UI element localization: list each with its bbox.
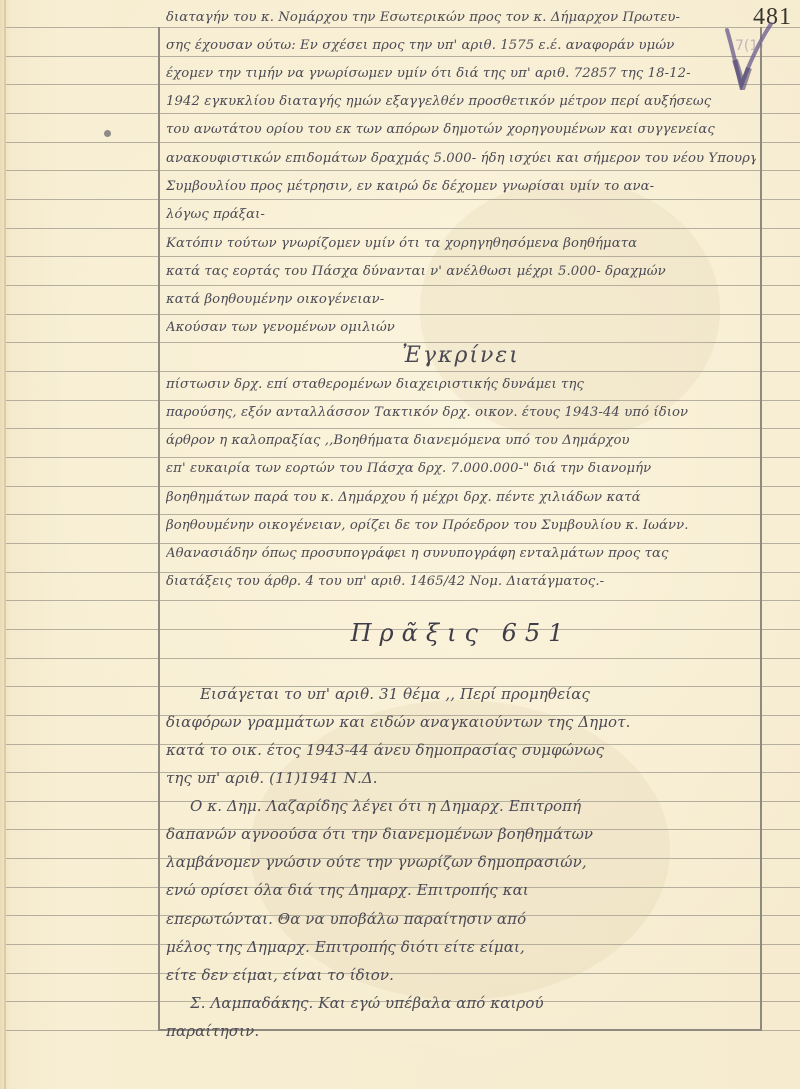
rule-line xyxy=(6,514,800,515)
register-page: 481 7(1) διαταγήν του κ. Νομάρχου την Εσ… xyxy=(0,0,800,1089)
text-line: κατά το οικ. έτος 1943-44 άνευ δημοπρασί… xyxy=(166,740,756,760)
act-heading: Πρᾶξις 651 xyxy=(166,619,756,647)
text-line: ανακουφιστικών επιδομάτων δραχμάς 5.000-… xyxy=(166,149,756,169)
text-line: διαφόρων γραμμάτων και ειδών αναγκαιούντ… xyxy=(166,712,756,732)
rule-line xyxy=(6,600,800,601)
text-line: διατάξεις του άρθρ. 4 του υπ' αριθ. 1465… xyxy=(166,572,756,592)
text-line: 1942 εγκυκλίου διαταγής ημών εξαγγελθέν … xyxy=(166,92,756,112)
text-line: Σ. Λαμπαδάκης. Και εγώ υπέβαλα από καιρο… xyxy=(190,993,780,1013)
binding-edge xyxy=(4,0,6,1089)
text-line: άρθρον η καλοπραξίας ,,Βοηθήματα διανεμό… xyxy=(166,431,756,451)
text-line: Κατόπιν τούτων γνωρίζομεν υμίν ότι τα χο… xyxy=(166,234,756,254)
text-line: επ' ευκαιρία των εορτών του Πάσχα δρχ. 7… xyxy=(166,459,756,479)
rule-line xyxy=(6,84,800,85)
act-heading-number: 651 xyxy=(502,619,572,647)
act-heading-word: Πρᾶξις xyxy=(351,619,486,647)
rule-line xyxy=(6,170,800,171)
rule-line xyxy=(6,113,800,114)
text-line: Εισάγεται το υπ' αριθ. 31 θέμα ,, Περί π… xyxy=(200,684,790,704)
rule-line xyxy=(6,142,800,143)
rule-line xyxy=(6,314,800,315)
approves-heading: Ἐγκρίνει xyxy=(166,343,756,368)
rule-line xyxy=(6,486,800,487)
text-line: Ο κ. Δημ. Λαζαρίδης λέγει ότι η Δημαρχ. … xyxy=(190,796,780,816)
text-line: Συμβουλίου προς μέτρησιν, εν καιρώ δε δέ… xyxy=(166,177,756,197)
rule-line xyxy=(6,428,800,429)
text-line: του ανωτάτου ορίου του εκ των απόρων δημ… xyxy=(166,120,756,140)
text-line: κατά βοηθουμένην οικογένειαν- xyxy=(166,290,756,310)
text-line: Αθανασιάδην όπως προσυπογράφει η συνυπογ… xyxy=(166,544,756,564)
text-line: κατά τας εορτάς του Πάσχα δύνανται ν' αν… xyxy=(166,262,756,282)
text-line: επερωτώνται. Θα να υποβάλω παραίτησιν απ… xyxy=(166,909,756,929)
text-line: μέλος της Δημαρχ. Επιτροπής διότι είτε ε… xyxy=(166,937,756,957)
rule-line xyxy=(6,56,800,57)
text-line: είτε δεν είμαι, είναι το ίδιον. xyxy=(166,965,756,985)
text-line: της υπ' αριθ. (11)1941 Ν.Δ. xyxy=(166,768,756,788)
rule-line xyxy=(6,400,800,401)
rule-line xyxy=(6,199,800,200)
text-line: διαταγήν του κ. Νομάρχου την Εσωτερικών … xyxy=(166,8,756,28)
rule-line xyxy=(6,256,800,257)
resolution-intro: Ακούσαν των γενομένων ομιλιών xyxy=(166,318,756,338)
text-line: παραίτησιν. xyxy=(166,1021,756,1041)
text-line: βοηθημάτων παρά του κ. Δημάρχου ή μέχρι … xyxy=(166,488,756,508)
text-line: έχομεν την τιμήν να γνωρίσωμεν υμίν ότι … xyxy=(166,64,756,84)
left-margin-line xyxy=(158,27,160,1030)
margin-ink-dot xyxy=(104,130,111,137)
text-line: σης έχουσαν ούτω: Εν σχέσει προς την υπ'… xyxy=(166,36,756,56)
right-margin-line xyxy=(760,27,762,1030)
text-line: δαπανών αγνοούσα ότι την διανεμομένων βο… xyxy=(166,824,756,844)
rule-line xyxy=(6,285,800,286)
rule-line xyxy=(6,228,800,229)
rule-line xyxy=(6,457,800,458)
rule-line xyxy=(6,658,800,659)
text-line: παρούσης, εξόν ανταλλάσσον Τακτικόν δρχ.… xyxy=(166,403,756,423)
text-line: ενώ ορίσει όλα διά της Δημαρχ. Επιτροπής… xyxy=(166,880,756,900)
rule-line xyxy=(6,371,800,372)
text-line: βοηθουμένην οικογένειαν, ορίζει δε τον Π… xyxy=(166,516,756,536)
text-line: πίστωσιν δρχ. επί σταθερομένων διαχειρισ… xyxy=(166,375,756,395)
text-line: λόγως πράξαι- xyxy=(166,205,756,225)
text-line: λαμβάνομεν γνώσιν ούτε την γνωρίζων δημο… xyxy=(166,852,756,872)
